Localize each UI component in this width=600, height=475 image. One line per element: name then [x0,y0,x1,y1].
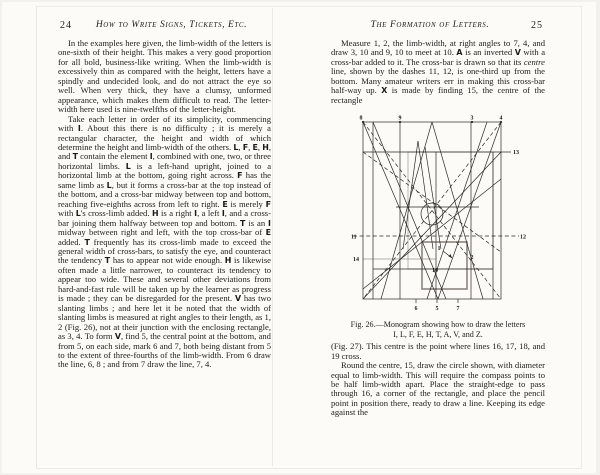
point-label-5: 5 [435,306,438,312]
right-body-text: Measure 1, 2, the limb-width, at right a… [331,39,545,418]
left-body-text: In the examples here given, the limb-wid… [58,39,271,370]
fig26-monogram-diagram: 8 9 3 4 13 12 11 14 6 5 7 1 2 10 [351,115,526,313]
paragraph: Take each letter in order of its simplic… [58,115,271,370]
page-gutter-line [272,8,273,466]
paragraph: Round the centre, 15, draw the circle sh… [331,361,545,418]
right-page-number: 25 [531,20,543,31]
left-page-number: 24 [60,20,72,31]
point-label-12: 12 [520,235,526,241]
point-label-4: 4 [499,116,502,122]
figure-caption: Fig. 26.—Monogram showing how to draw th… [331,320,545,340]
scan-edge-left [36,6,37,468]
right-page: The Formation of Letters. 25 Measure 1, … [331,20,545,418]
figure-26: 8 9 3 4 13 12 11 14 6 5 7 1 2 10 Fig. 2 [331,115,545,340]
scan-edge-top [36,6,582,7]
right-page-header: The Formation of Letters. 25 [331,20,545,36]
point-label-14: 14 [353,257,359,263]
point-label-11: 11 [351,235,357,241]
point-label-3: 3 [470,116,473,122]
point-label-10: 10 [432,268,438,274]
figure-gray-construction [363,152,493,289]
point-label-13: 13 [513,150,519,156]
point-label-6: 6 [414,306,417,312]
point-label-8: 8 [359,116,362,122]
paragraph: In the examples here given, the limb-wid… [58,39,271,115]
point-label-7: 7 [456,306,459,312]
paragraph: (Fig. 27). This centre is the point wher… [331,342,545,361]
point-label-9: 9 [398,116,401,122]
left-page: 24 How to Write Signs, Tickets, Etc. In … [58,20,271,370]
figure-lines [353,121,519,303]
left-page-header: 24 How to Write Signs, Tickets, Etc. [58,20,271,36]
figure-caption-line2: I, L, F, E, H, T, A, V, and Z. [331,330,545,340]
scan-edge-right [581,6,582,468]
right-running-title: The Formation of Letters. [331,20,529,30]
left-running-title: How to Write Signs, Tickets, Etc. [72,20,271,30]
point-label-1: 1 [437,246,440,252]
figure-caption-line1: Fig. 26.—Monogram showing how to draw th… [331,320,545,330]
paragraph: Measure 1, 2, the limb-width, at right a… [331,39,545,105]
scan-edge-bottom [36,468,582,469]
point-label-2: 2 [470,255,473,261]
